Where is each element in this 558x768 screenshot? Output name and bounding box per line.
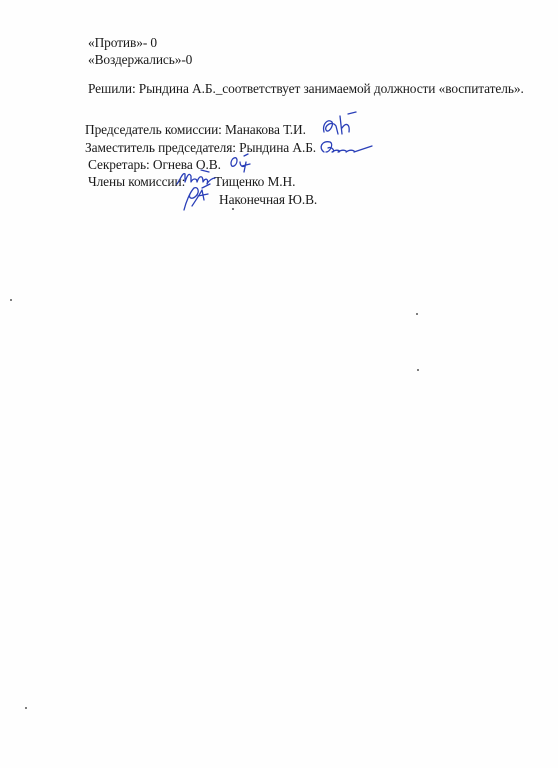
member-2-name: Наконечная Ю.В.	[219, 192, 317, 208]
scan-speck	[232, 208, 234, 210]
secretary-signature-icon	[228, 152, 254, 174]
decision-text: Решили: Рындина А.Б._соответствует заним…	[88, 81, 524, 97]
deputy-signature-icon	[316, 138, 376, 158]
scan-speck	[417, 369, 419, 371]
document-page: «Против»- 0 «Воздержались»-0 Решили: Рын…	[0, 0, 558, 768]
scan-speck	[10, 299, 12, 301]
deputy-line: Заместитель председателя: Рындина А.Б.	[85, 140, 316, 156]
chairman-signature-icon	[318, 112, 368, 140]
vote-against: «Против»- 0	[88, 35, 157, 51]
members-label: Члены комиссии:	[88, 174, 185, 190]
member-2-signature-icon	[178, 182, 214, 212]
vote-abstained: «Воздержались»-0	[88, 52, 192, 68]
scan-speck	[416, 313, 418, 315]
member-1-name: Тищенко М.Н.	[214, 174, 295, 190]
chairman-line: Председатель комиссии: Манакова Т.И.	[85, 122, 306, 138]
scan-speck	[25, 707, 27, 709]
